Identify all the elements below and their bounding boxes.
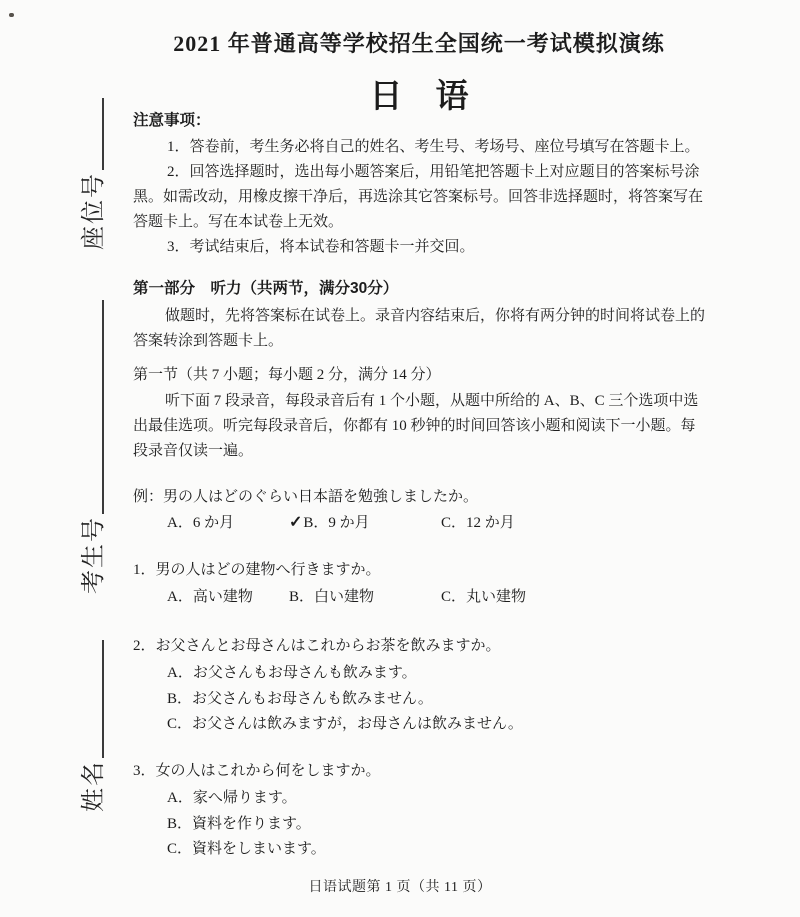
question-2-text: お父さんとお母さんはこれからお茶を飲みますか。 — [156, 638, 501, 654]
candidate-number-label: 考生号 — [80, 516, 108, 594]
example-question: 例：男の人はどのぐらい日本語を勉強しましたか。 — [133, 486, 478, 508]
name-label: 姓名 — [80, 760, 108, 812]
question-2-option-b: B．お父さんもお母さんも飲みません。 — [167, 687, 739, 713]
notice-item-2: 2．回答选择题时，选出每小题答案后，用铅笔把答题卡上对应题目的答案标号涂黑。如需… — [133, 160, 705, 235]
example-option-a: A．6 か月 — [167, 511, 234, 532]
question-1-number: 1． — [133, 562, 156, 578]
section1-heading: 第一节（共 7 小题；每小题 2 分，满分 14 分） — [133, 364, 441, 386]
example-option-b-label: B．9 か月 — [303, 515, 369, 531]
scan-speck — [9, 13, 14, 17]
question-2: 2．お父さんとお母さんはこれからお茶を飲みますか。 — [133, 635, 501, 657]
seat-number-field: 座位号 — [78, 98, 108, 250]
question-2-number: 2． — [133, 638, 156, 654]
question-1-option-c: C．丸い建物 — [441, 585, 526, 606]
question-2-option-a: A．お父さんもお母さんも飲みます。 — [167, 661, 739, 687]
question-1-option-a: A．高い建物 — [167, 585, 253, 606]
question-1-option-b: B．白い建物 — [289, 585, 374, 606]
part1-intro: 做题时，先将答案标在试卷上。录音内容结束后，你将有两分钟的时间将试卷上的答案转涂… — [133, 304, 705, 354]
page-title: 2021 年普通高等学校招生全国统一考试模拟演练 — [133, 27, 705, 58]
question-2-option-c: C．お父さんは飲みますが，お母さんは飲みません。 — [167, 712, 739, 738]
candidate-number-underline — [102, 300, 104, 514]
seat-number-label: 座位号 — [80, 172, 108, 250]
checkmark-icon: ✓ — [289, 514, 302, 531]
section1-intro: 听下面 7 段录音，每段录音后有 1 个小题，从题中所给的 A、B、C 三个选项… — [133, 389, 705, 464]
candidate-number-field: 考生号 — [78, 300, 108, 594]
notice-heading: 注意事项： — [133, 111, 211, 131]
question-3-option-a: A．家へ帰ります。 — [167, 786, 739, 812]
question-3-text: 女の人はこれから何をしますか。 — [156, 763, 381, 779]
question-1-text: 男の人はどの建物へ行きますか。 — [156, 562, 381, 578]
question-3-option-b: B．資料を作ります。 — [167, 812, 739, 838]
question-3-option-c: C．資料をしまいます。 — [167, 837, 739, 863]
example-options-row: A．6 か月 ✓B．9 か月 C．12 か月 — [133, 511, 705, 535]
question-3: 3．女の人はこれから何をしますか。 — [133, 760, 381, 782]
example-option-c: C．12 か月 — [441, 511, 515, 532]
question-2-options: A．お父さんもお母さんも飲みます。 B．お父さんもお母さんも飲みません。 C．お… — [133, 661, 739, 738]
question-1-options-row: A．高い建物 B．白い建物 C．丸い建物 — [133, 585, 705, 609]
notice-item-3: 3．考试结束后，将本试卷和答题卡一并交回。 — [133, 235, 705, 260]
question-3-number: 3． — [133, 763, 156, 779]
question-1: 1．男の人はどの建物へ行きますか。 — [133, 559, 381, 581]
part1-heading: 第一部分 听力（共两节，满分30分） — [133, 279, 398, 299]
page-footer: 日语试题第 1 页（共 11 页） — [0, 876, 800, 896]
notice-item-1: 1．答卷前，考生务必将自己的姓名、考生号、考场号、座位号填写在答题卡上。 — [133, 135, 705, 160]
name-underline — [102, 640, 104, 758]
example-option-b: ✓B．9 か月 — [289, 511, 370, 532]
seat-number-underline — [102, 98, 104, 170]
name-field: 姓名 — [78, 640, 108, 812]
question-3-options: A．家へ帰ります。 B．資料を作ります。 C．資料をしまいます。 — [133, 786, 739, 863]
subject-title: 日 语 — [133, 70, 705, 117]
